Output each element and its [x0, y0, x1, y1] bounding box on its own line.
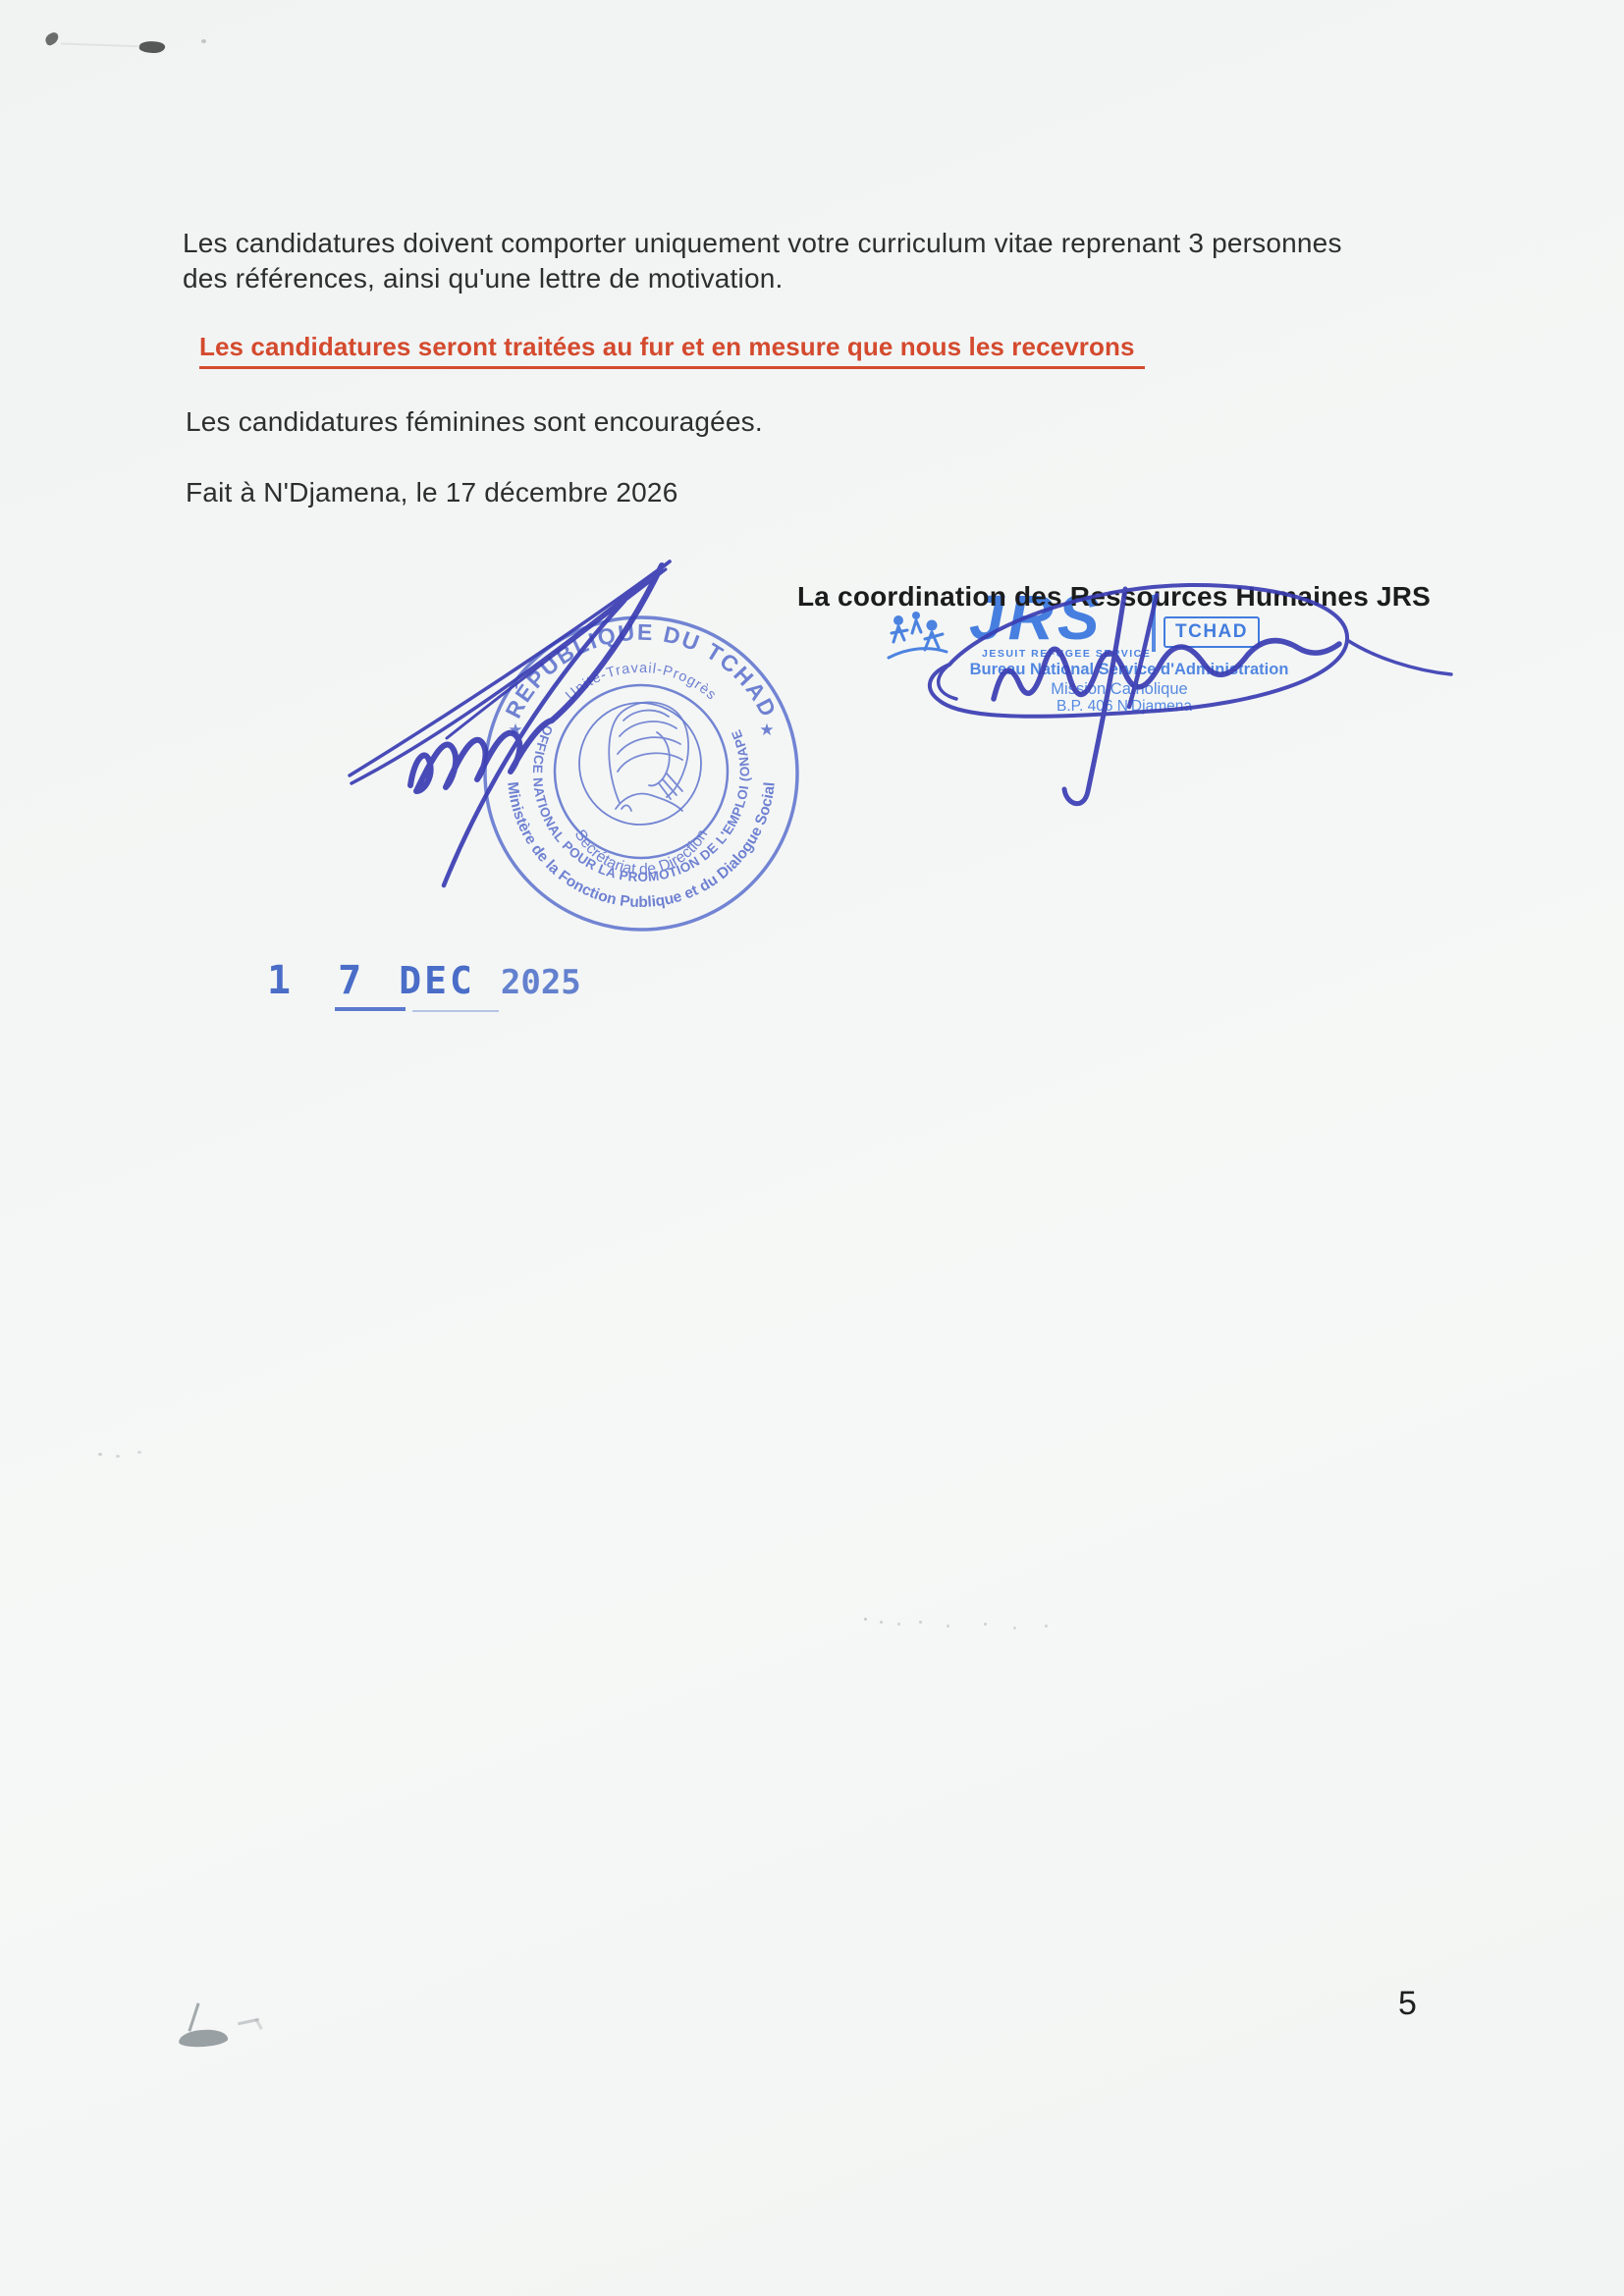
- paragraph-candidatures: Les candidatures doivent comporter uniqu…: [183, 226, 1459, 296]
- date-stamp: 1 7 DEC 2025: [267, 958, 581, 1003]
- date-stamp-underline-faint: [412, 1010, 499, 1012]
- paragraph-feminines: Les candidatures féminines sont encourag…: [186, 404, 763, 440]
- highlight-text: Les candidatures seront traitées au fur …: [199, 332, 1145, 369]
- paragraph-line-1: Les candidatures doivent comporter uniqu…: [183, 226, 1459, 261]
- signature-right: [913, 569, 1463, 825]
- page-number: 5: [1398, 1985, 1417, 2023]
- scan-smudge: [188, 2002, 199, 2031]
- date-stamp-year: 2025: [501, 963, 581, 1002]
- document-page: Les candidatures doivent comporter uniqu…: [0, 0, 1624, 2296]
- date-stamp-month: DEC: [399, 959, 475, 1002]
- dateline: Fait à N'Djamena, le 17 décembre 2026: [186, 475, 677, 510]
- paragraph-line-2: des références, ainsi qu'une lettre de m…: [183, 261, 1459, 296]
- scan-smudge: [178, 2028, 228, 2048]
- scan-specks: [864, 1618, 867, 1621]
- scan-smudge: [61, 42, 147, 47]
- scan-specks: [98, 1453, 102, 1456]
- date-stamp-underline: [335, 1007, 406, 1011]
- date-stamp-day: 1 7: [267, 958, 373, 1003]
- highlight-row: Les candidatures seront traitées au fur …: [199, 332, 1145, 369]
- scan-smudge: [201, 39, 206, 43]
- scan-smudge: [43, 31, 60, 47]
- signature-left: [324, 540, 697, 903]
- onape-star-right: ★: [759, 721, 774, 739]
